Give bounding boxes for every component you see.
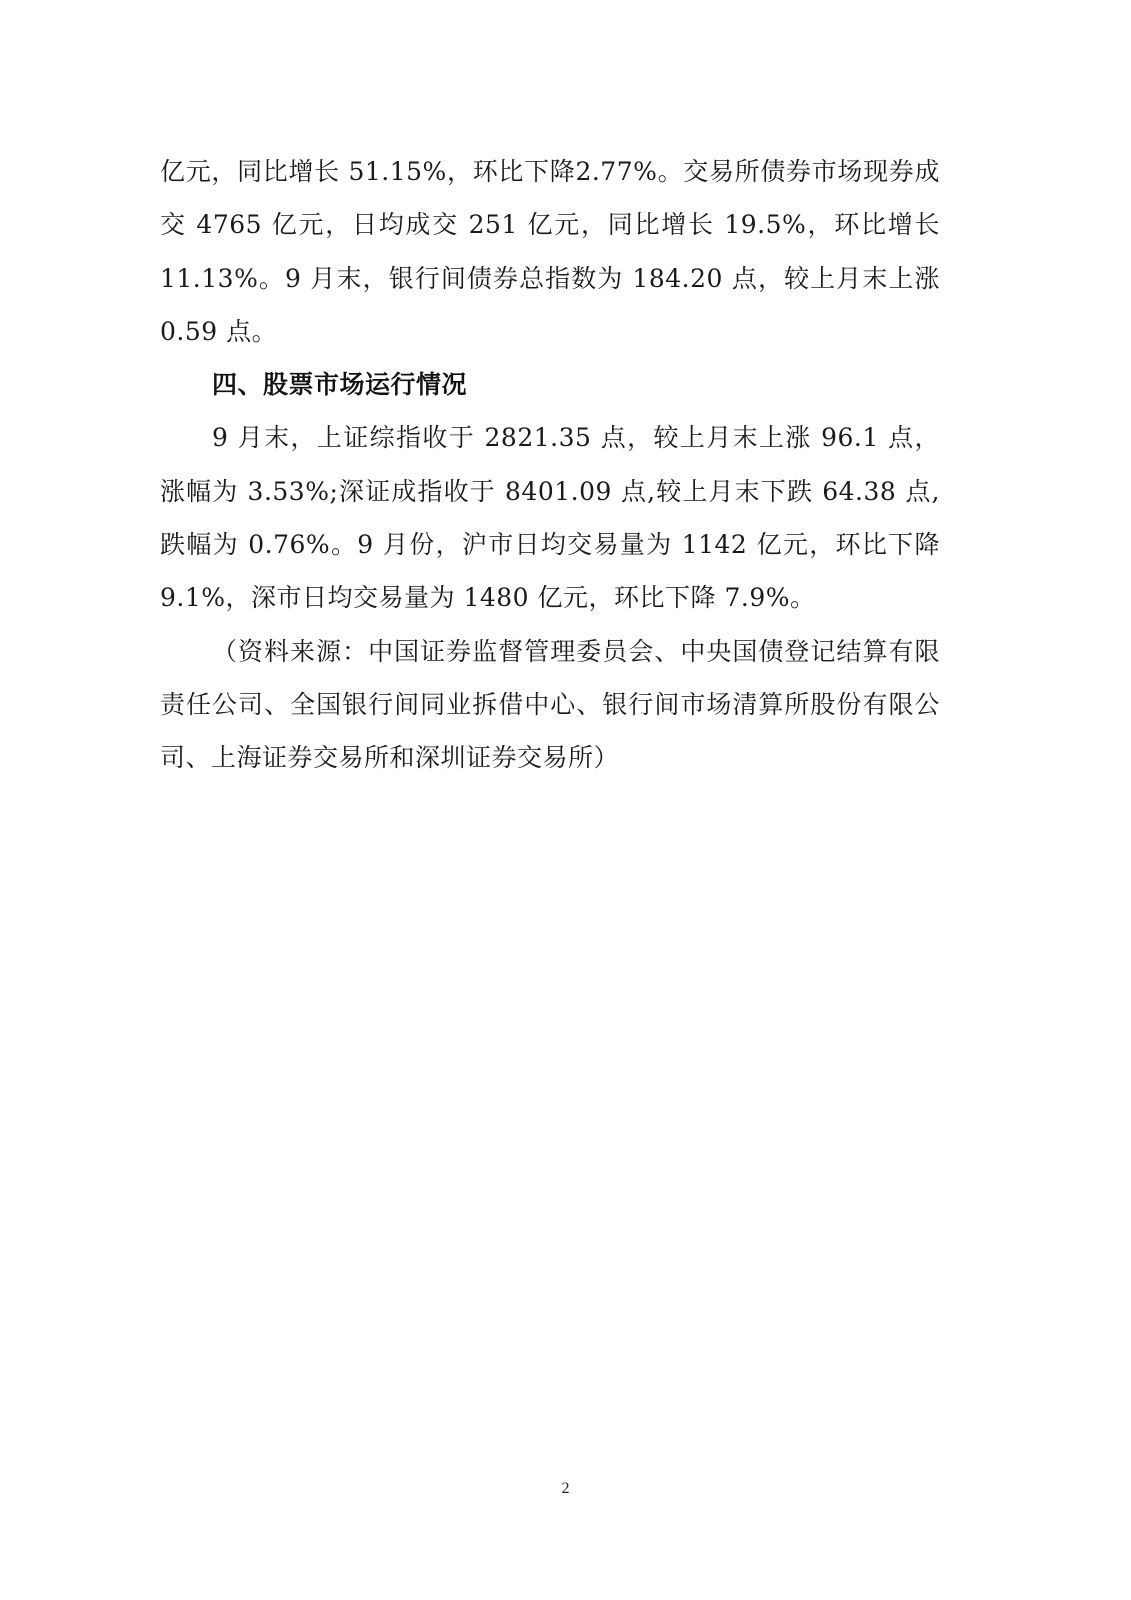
page-number: 2 <box>0 1480 1131 1498</box>
source-note: （资料来源：中国证券监督管理委员会、中央国债登记结算有限责任公司、全国银行间同业… <box>160 625 940 785</box>
section-heading-stock-market: 四、股票市场运行情况 <box>160 358 940 411</box>
page-content: 亿元，同比增长 51.15%，环比下降2.77%。交易所债券市场现券成交 476… <box>160 145 940 785</box>
stock-market-paragraph: 9 月末，上证综指收于 2821.35 点，较上月末上涨 96.1 点，涨幅为 … <box>160 411 940 624</box>
bond-market-paragraph: 亿元，同比增长 51.15%，环比下降2.77%。交易所债券市场现券成交 476… <box>160 145 940 358</box>
document-page: 亿元，同比增长 51.15%，环比下降2.77%。交易所债券市场现券成交 476… <box>0 0 1131 1600</box>
